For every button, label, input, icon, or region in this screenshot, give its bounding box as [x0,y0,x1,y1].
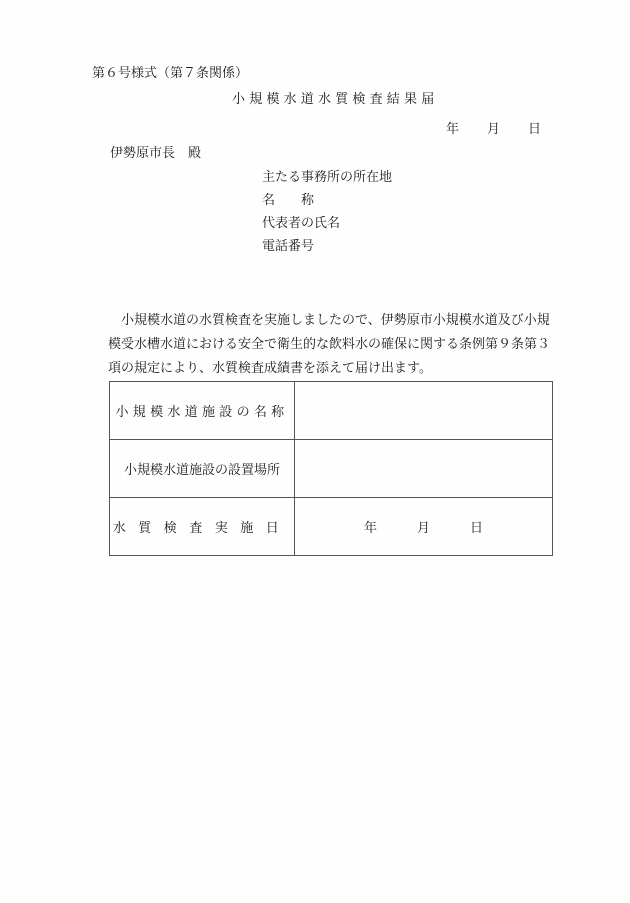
facility-location-label: 小規模水道施設の設置場所 [110,440,295,498]
body-line: 項の規定により、水質検査成績書を添えて届け出ます。 [108,357,583,381]
inspection-day: 日 [470,517,483,536]
date-day: 日 [528,122,541,138]
body-line: 小規模水道の水質検査を実施しましたので、伊勢原市小規模水道及び小規 [108,309,583,333]
name-label: 名 称 [262,193,314,209]
table-row: 水質検査実施日 年 月 日 [110,498,553,556]
body-paragraph: 小規模水道の水質検査を実施しましたので、伊勢原市小規模水道及び小規 模受水槽水道… [108,309,583,381]
phone-number-label: 電話番号 [262,239,314,255]
date-month: 月 [487,122,500,138]
facility-name-label: 小規模水道施設の名称 [110,382,295,440]
result-table: 小規模水道施設の名称 小規模水道施設の設置場所 水質検査実施日 年 月 日 [109,381,553,556]
form-number: 第６号様式（第７条関係） [92,66,248,82]
facility-location-field[interactable] [295,440,553,498]
facility-name-field[interactable] [295,382,553,440]
inspection-date-field[interactable]: 年 月 日 [295,498,553,556]
date-year: 年 [446,122,459,138]
table-row: 小規模水道施設の設置場所 [110,440,553,498]
representative-name-label: 代表者の氏名 [262,216,340,232]
table-row: 小規模水道施設の名称 [110,382,553,440]
inspection-month: 月 [417,517,430,536]
body-line: 模受水槽水道における安全で衛生的な飲料水の確保に関する条例第９条第３ [108,333,583,357]
inspection-year: 年 [364,517,377,536]
addressee: 伊勢原市長 殿 [110,146,201,162]
inspection-date-label: 水質検査実施日 [110,498,295,556]
office-address-label: 主たる事務所の所在地 [262,170,392,186]
document-title: 小規模水道水質検査結果届 [232,92,438,108]
